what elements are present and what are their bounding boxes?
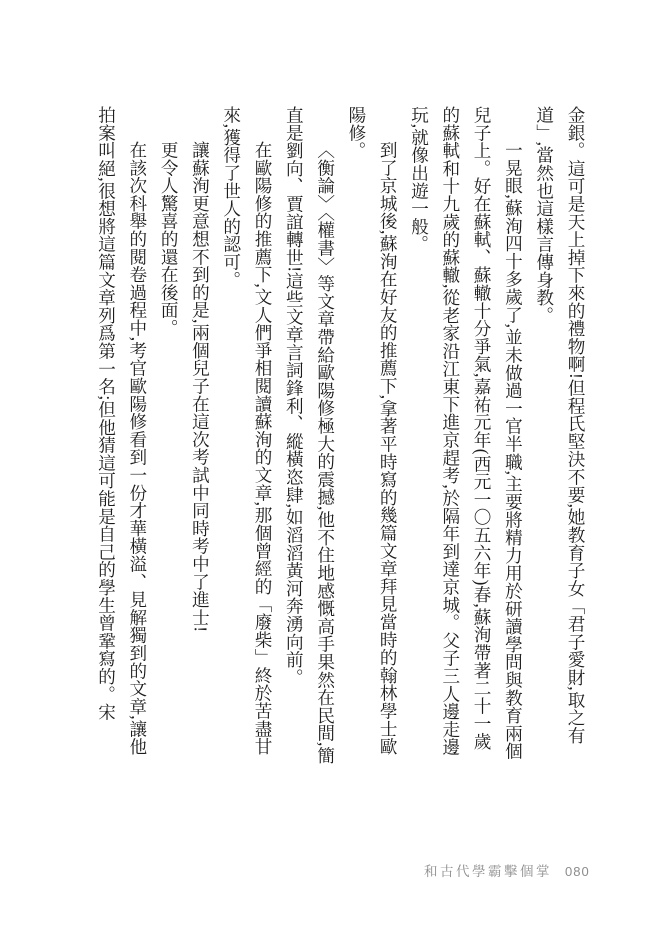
paragraph-2: 一晃眼,蘇洵四十多歲了,並未做過一官半職,主要將精力用於研讀學問與教育兩個兒子上… [403, 106, 528, 766]
paragraph-4: 〈衡論〉〈權書〉等文章帶給歐陽修極大的震撼,他不住地感慨高手果然在民間,簡直是劉… [278, 106, 341, 766]
paragraph-continuation: 金銀。這可是天上掉下來的禮物啊!但程氏堅決不要,她教育子女「君子愛財,取之有道」… [528, 106, 591, 766]
vertical-text-block: 金銀。這可是天上掉下來的禮物啊!但程氏堅決不要,她教育子女「君子愛財,取之有道」… [90, 106, 591, 766]
page-number: 080 [565, 864, 590, 879]
paragraph-7: 更令人驚喜的還在後面。 [153, 106, 184, 766]
paragraph-5: 在歐陽修的推薦下,文人們爭相閱讀蘇洵的文章,那個曾經的「廢柴」終於苦盡甘來,獲得… [215, 106, 278, 766]
paragraph-8: 在該次科舉的閱卷過程中,考官歐陽修看到一份才華橫溢、見解獨到的文章,讓他拍案叫絕… [90, 106, 153, 766]
paragraph-3: 到了京城後,蘇洵在好友的推薦下,拿著平時寫的幾篇文章拜見當時的翰林學士歐陽修。 [341, 106, 404, 766]
book-title: 和古代學霸擊個掌 [424, 860, 552, 880]
page-footer: 和古代學霸擊個掌 080 [424, 860, 590, 880]
paragraph-6: 讓蘇洵更意想不到的是,兩個兒子在這次考試中同時考中了進士! [184, 106, 215, 766]
